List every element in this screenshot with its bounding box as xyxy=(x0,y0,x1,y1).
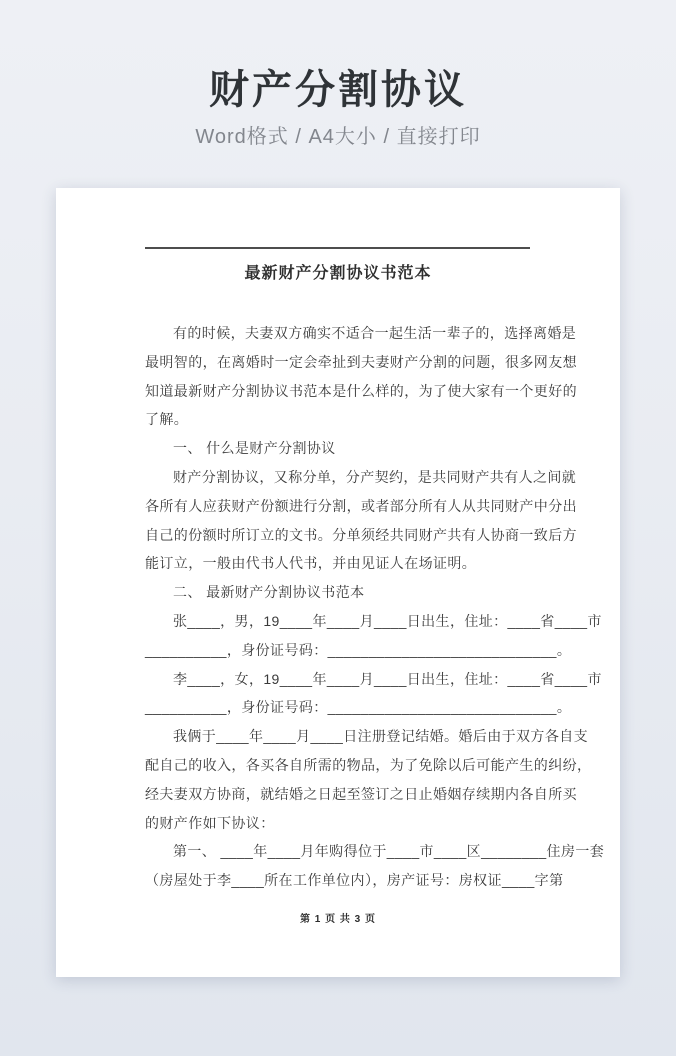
app-background: { "header": { "title": "财产分割协议", "subtit… xyxy=(0,0,676,1056)
document-page: 最新财产分割协议书范本 有的时候，夫妻双方确实不适合一起生活一辈子的，选择离婚是… xyxy=(56,188,620,977)
doc-line: 了解。 xyxy=(145,405,533,434)
header: 财产分割协议 Word格式 / A4大小 / 直接打印 xyxy=(0,0,676,150)
doc-line: 财产分割协议，又称分单，分产契约，是共同财产共有人之间就 xyxy=(145,463,533,492)
doc-line: 李____，女，19____年____月____日出生，住址：____省____… xyxy=(145,665,533,694)
page-subtitle: Word格式 / A4大小 / 直接打印 xyxy=(0,124,676,150)
doc-line: 的财产作如下协议： xyxy=(145,809,533,838)
doc-line: （房屋处于李____所在工作单位内），房产证号：房权证____字第 xyxy=(145,866,533,895)
doc-line: __________，身份证号码：_______________________… xyxy=(145,693,533,722)
doc-line: __________，身份证号码：_______________________… xyxy=(145,636,533,665)
document-title: 最新财产分割协议书范本 xyxy=(56,264,620,284)
doc-line: 经夫妻双方协商，就结婚之日起至签订之日止婚姻存续期内各自所买 xyxy=(145,780,533,809)
doc-line: 我俩于____年____月____日注册登记结婚。婚后由于双方各自支 xyxy=(145,722,533,751)
doc-line: 第一、 ____年____月年购得位于____市____区________住房一… xyxy=(145,837,533,866)
doc-line: 配自己的收入，各买各自所需的物品，为了免除以后可能产生的纠纷， xyxy=(145,751,533,780)
doc-line: 张____，男，19____年____月____日出生，住址：____省____… xyxy=(145,607,533,636)
doc-line: 能订立，一般由代书人代书，并由见证人在场证明。 xyxy=(145,549,533,578)
doc-line: 各所有人应获财产份额进行分割，或者部分所有人从共同财产中分出 xyxy=(145,492,533,521)
doc-line-section-heading: 二、 最新财产分割协议书范本 xyxy=(145,578,533,607)
doc-line-section-heading: 一、 什么是财产分割协议 xyxy=(145,434,533,463)
page-number: 第 1 页 共 3 页 xyxy=(56,910,620,925)
doc-line: 自己的份额时所订立的文书。分单须经共同财产共有人协商一致后方 xyxy=(145,521,533,550)
header-rule-divider xyxy=(145,247,530,249)
page-title: 财产分割协议 xyxy=(0,68,676,112)
doc-line: 有的时候，夫妻双方确实不适合一起生活一辈子的，选择离婚是 xyxy=(145,319,533,348)
doc-line: 知道最新财产分割协议书范本是什么样的，为了使大家有一个更好的 xyxy=(145,377,533,406)
document-body: 有的时候，夫妻双方确实不适合一起生活一辈子的，选择离婚是 最明智的，在离婚时一定… xyxy=(145,319,533,895)
doc-line: 最明智的，在离婚时一定会牵扯到夫妻财产分割的问题，很多网友想 xyxy=(145,348,533,377)
